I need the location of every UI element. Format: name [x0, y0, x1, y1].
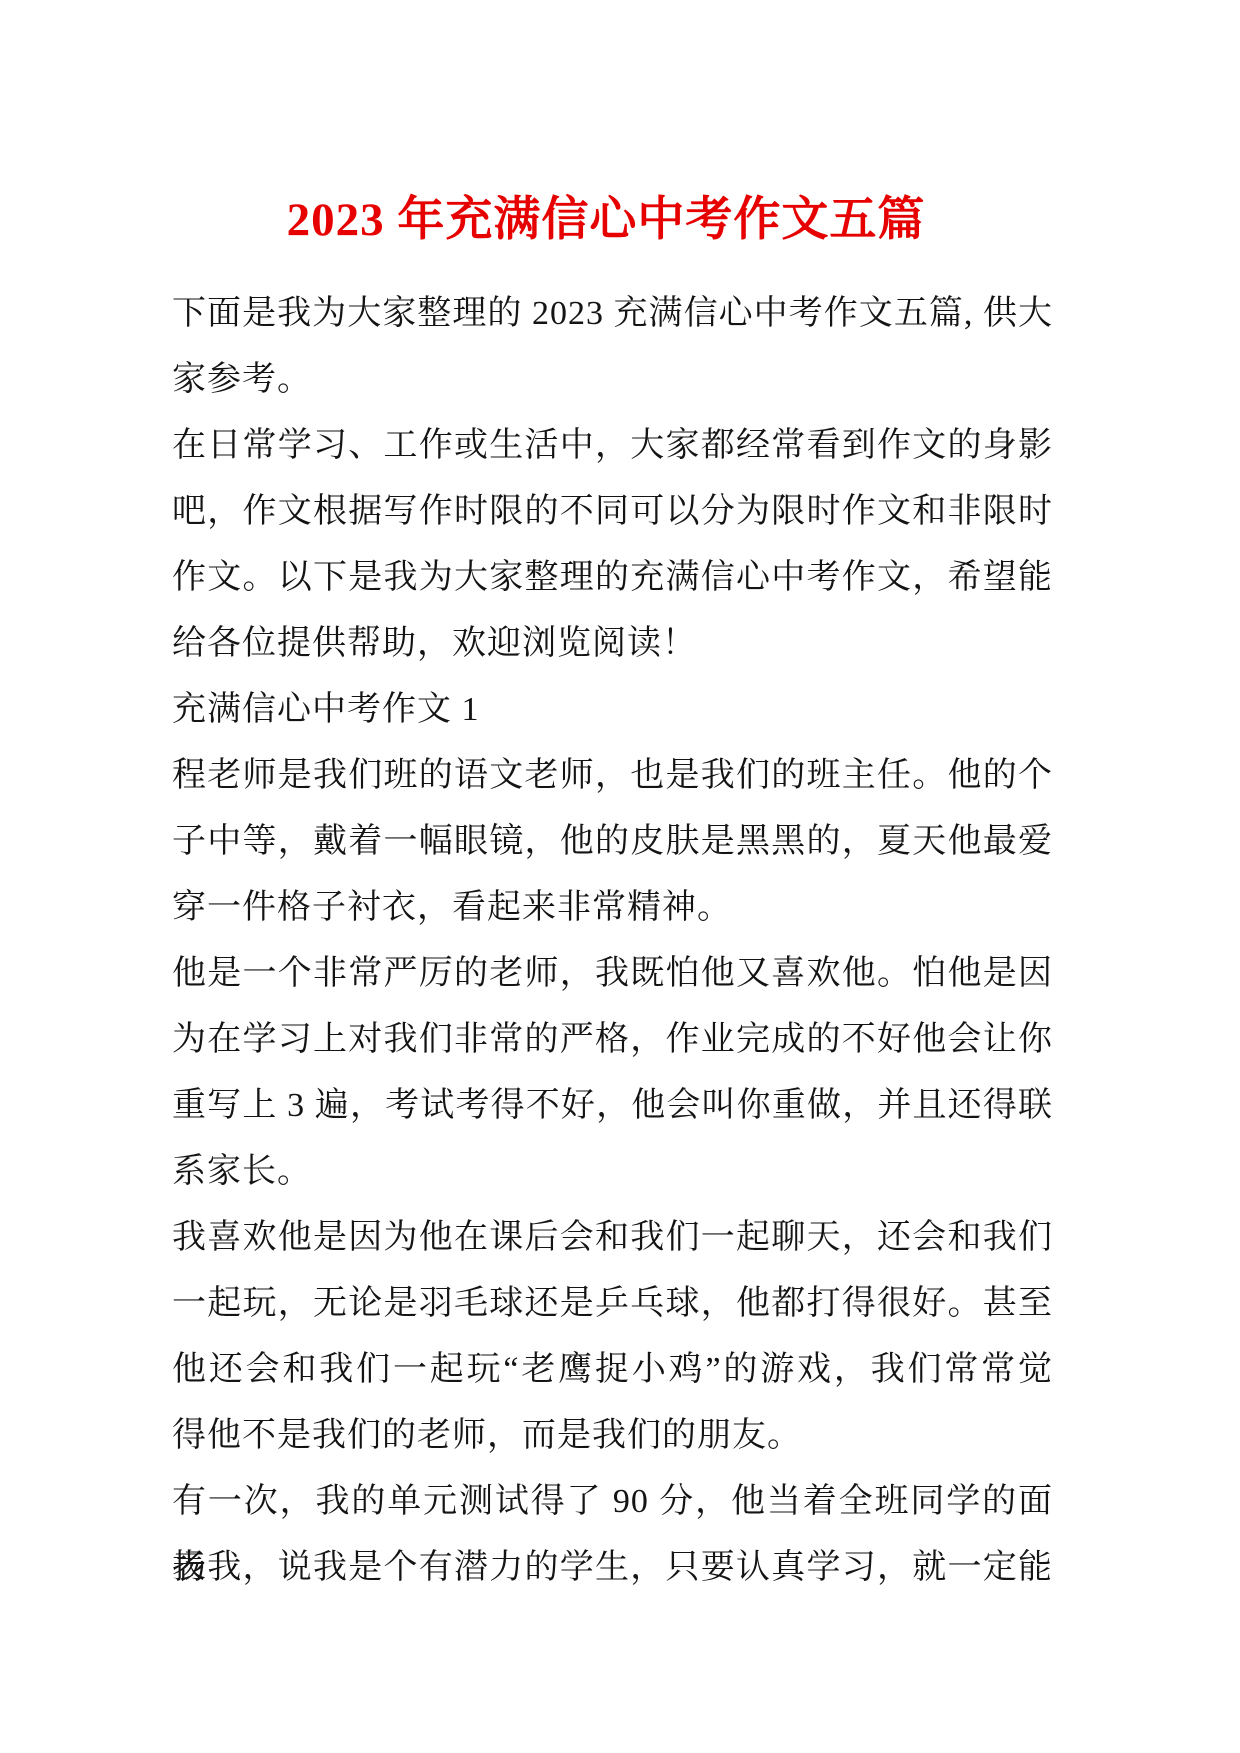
document-page: 2023 年充满信心中考作文五篇 下面是我为大家整理的 2023 充满信心中考作… [0, 0, 1240, 1753]
text-line: 我喜欢他是因为他在课后会和我们一起聊天，还会和我们 [172, 1205, 1053, 1271]
text-line: 有一次，我的单元测试得了 90 分，他当着全班同学的面表 [172, 1469, 1053, 1535]
section-heading: 充满信心中考作文 1 [172, 677, 1053, 743]
text-line: 一起玩，无论是羽毛球还是乒乓球，他都打得很好。甚至 [172, 1271, 1053, 1337]
text-line: 作文。以下是我为大家整理的充满信心中考作文，希望能 [172, 545, 1053, 611]
text-line: 得他不是我们的老师，而是我们的朋友。 [172, 1403, 1053, 1469]
text-line: 为在学习上对我们非常的严格，作业完成的不好他会让你 [172, 1007, 1053, 1073]
text-line: 系家长。 [172, 1139, 1053, 1205]
text-line: 程老师是我们班的语文老师，也是我们的班主任。他的个 [172, 743, 1053, 809]
text-line: 他是一个非常严厉的老师，我既怕他又喜欢他。怕他是因 [172, 941, 1053, 1007]
text-line: 扬我，说我是个有潜力的学生，只要认真学习，就一定能 [172, 1535, 1053, 1601]
document-body: 下面是我为大家整理的 2023 充满信心中考作文五篇, 供大家参考。在日常学习、… [172, 281, 1053, 1601]
text-line: 在日常学习、工作或生活中，大家都经常看到作文的身影 [172, 413, 1053, 479]
text-line: 吧，作文根据写作时限的不同可以分为限时作文和非限时 [172, 479, 1053, 545]
text-line: 家参考。 [172, 347, 1053, 413]
text-line: 重写上 3 遍，考试考得不好，他会叫你重做，并且还得联 [172, 1073, 1053, 1139]
text-line: 下面是我为大家整理的 2023 充满信心中考作文五篇, 供大 [172, 281, 1053, 347]
text-line: 子中等，戴着一幅眼镜，他的皮肤是黑黑的，夏天他最爱 [172, 809, 1053, 875]
text-line: 给各位提供帮助，欢迎浏览阅读！ [172, 611, 1053, 677]
text-line: 他还会和我们一起玩“老鹰捉小鸡”的游戏，我们常常觉 [172, 1337, 1053, 1403]
text-line: 穿一件格子衬衣，看起来非常精神。 [172, 875, 1053, 941]
document-title: 2023 年充满信心中考作文五篇 [0, 192, 1212, 248]
